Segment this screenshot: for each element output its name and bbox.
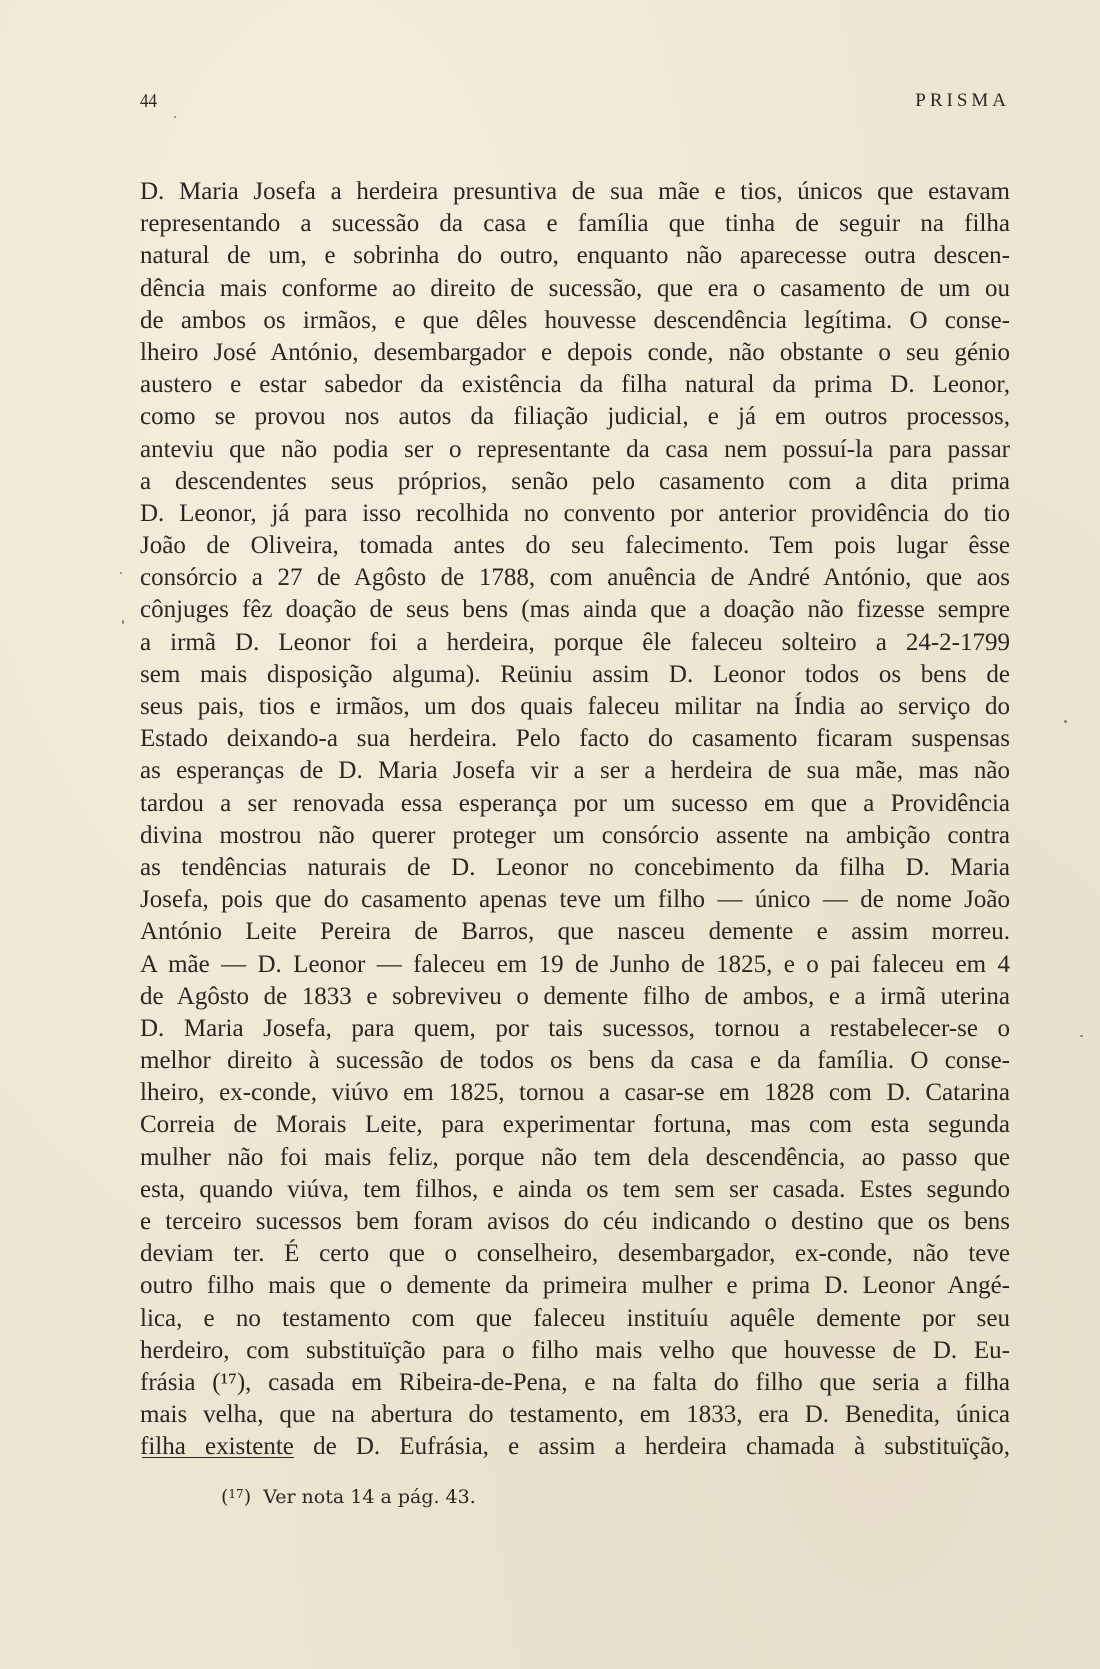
paper-speck: [122, 620, 124, 624]
paper-speck: [120, 572, 122, 574]
text-line: Estado deixando-a sua herdeira. Pelo fac…: [140, 723, 1010, 755]
text-line: filha existente de D. Eufrásia, e assim …: [140, 1431, 1010, 1463]
text-line: herdeiro, com substituïção para o filho …: [140, 1335, 1010, 1367]
text-line: anteviu que não podia ser o representant…: [140, 434, 1010, 466]
text-line: D. Leonor, já para isso recolhida no con…: [140, 498, 1010, 530]
text-line: a irmã D. Leonor foi a herdeira, porque …: [140, 627, 1010, 659]
text-line: cônjuges fêz doação de seus bens (mas ai…: [140, 594, 1010, 626]
text-line: Correia de Morais Leite, para experiment…: [140, 1109, 1010, 1141]
text-line: António Leite Pereira de Barros, que nas…: [140, 916, 1010, 948]
paper-speck: [174, 116, 176, 118]
text-line: austero e estar sabedor da existência da…: [140, 369, 1010, 401]
text-line: seus pais, tios e irmãos, um dos quais f…: [140, 691, 1010, 723]
paper-speck: [1064, 720, 1067, 723]
text-line: Josefa, pois que do casamento apenas tev…: [140, 884, 1010, 916]
text-line: lica, e no testamento com que faleceu in…: [140, 1303, 1010, 1335]
text-line: dência mais conforme ao direito de suces…: [140, 273, 1010, 305]
text-line: outro filho mais que o demente da primei…: [140, 1270, 1010, 1302]
text-line: representando a sucessão da casa e famíl…: [140, 208, 1010, 240]
body-text: D. Maria Josefa a herdeira presuntiva de…: [140, 176, 1010, 1464]
text-line: e terceiro sucessos bem foram avisos do …: [140, 1206, 1010, 1238]
text-line: como se provou nos autos da filiação jud…: [140, 401, 1010, 433]
paper-speck: [1080, 1035, 1083, 1037]
text-line: as esperanças de D. Maria Josefa vir a s…: [140, 755, 1010, 787]
text-line: de ambos os irmãos, e que dêles houvesse…: [140, 305, 1010, 337]
text-line: melhor direito à sucessão de todos os be…: [140, 1045, 1010, 1077]
text-line: divina mostrou não querer proteger um co…: [140, 820, 1010, 852]
footnote-marker-close: ): [244, 1486, 251, 1508]
text-line: esta, quando viúva, tem filhos, e ainda …: [140, 1174, 1010, 1206]
text-line: lheiro, ex-conde, viúvo em 1825, tornou …: [140, 1077, 1010, 1109]
text-line: lheiro José António, desembargador e dep…: [140, 337, 1010, 369]
running-title: PRISMA: [915, 90, 1010, 112]
text-line: mulher não foi mais feliz, porque não te…: [140, 1142, 1010, 1174]
text-line: frásia (¹⁷), casada em Ribeira-de-Pena, …: [140, 1367, 1010, 1399]
text-line: sem mais disposição alguma). Reüniu assi…: [140, 659, 1010, 691]
text-line: João de Oliveira, tomada antes do seu fa…: [140, 530, 1010, 562]
footnote-rule: [142, 1457, 294, 1458]
text-line: consórcio a 27 de Agôsto de 1788, com an…: [140, 562, 1010, 594]
text-line: de Agôsto de 1833 e sobreviveu o demente…: [140, 981, 1010, 1013]
footnote-text: Ver nota 14 a pág. 43.: [263, 1486, 476, 1508]
page-number: 44: [140, 90, 157, 113]
text-line: A mãe — D. Leonor — faleceu em 19 de Jun…: [140, 949, 1010, 981]
text-line: a descendentes seus próprios, senão pelo…: [140, 466, 1010, 498]
text-line: deviam ter. É certo que o conselheiro, d…: [140, 1238, 1010, 1270]
page-header: 44 PRISMA: [140, 90, 1010, 120]
text-line: D. Maria Josefa a herdeira presuntiva de…: [140, 176, 1010, 208]
footnote: (17) Ver nota 14 a pág. 43.: [221, 1486, 476, 1508]
footnote-marker-number: 17: [228, 1487, 243, 1501]
scanned-page: 44 PRISMA D. Maria Josefa a herdeira pre…: [0, 0, 1100, 1669]
text-line: natural de um, e sobrinha do outro, enqu…: [140, 240, 1010, 272]
text-line: mais velha, que na abertura do testament…: [140, 1399, 1010, 1431]
text-line: D. Maria Josefa, para quem, por tais suc…: [140, 1013, 1010, 1045]
text-line: tardou a ser renovada essa esperança por…: [140, 788, 1010, 820]
text-line: as tendências naturais de D. Leonor no c…: [140, 852, 1010, 884]
